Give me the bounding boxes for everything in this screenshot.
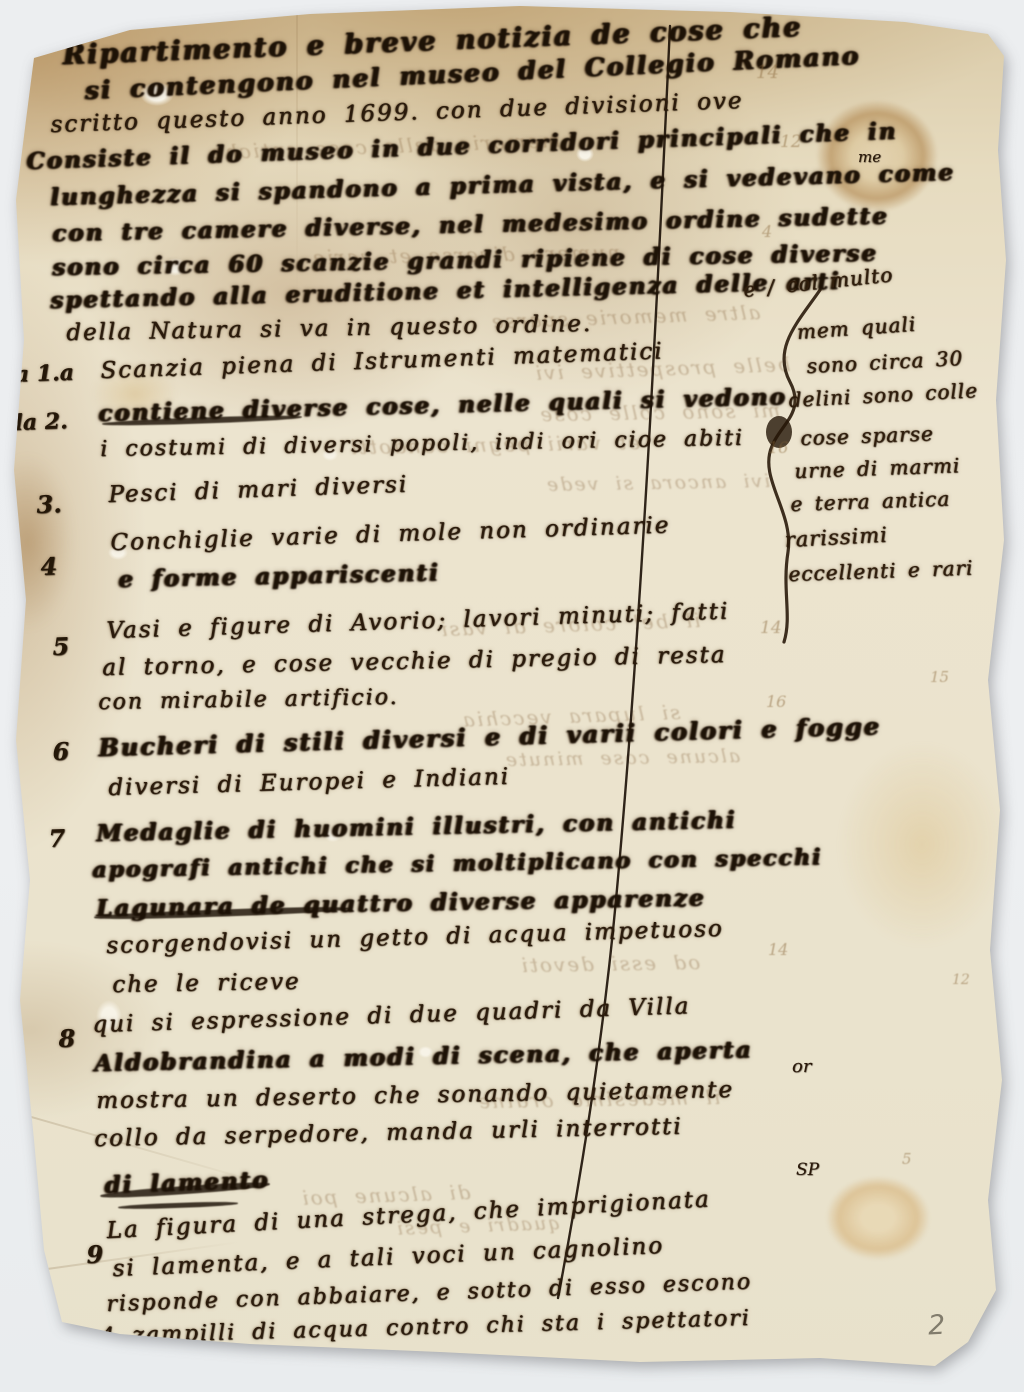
item-number: 5	[52, 631, 70, 661]
edge-mark: 14	[756, 62, 779, 83]
handwriting-line: Vasi e figure di Avorio; lavori minuti; …	[106, 598, 730, 644]
edge-mark: 16	[766, 692, 786, 711]
item-number: 9	[86, 1239, 104, 1269]
edge-mark: 14	[760, 618, 782, 638]
item-number: 7	[48, 823, 66, 853]
margin-note: e terra antica	[790, 486, 951, 516]
edge-mark: 15	[930, 668, 949, 686]
item-number: la 2.	[14, 408, 68, 436]
margin-note: sono circa 30	[806, 346, 964, 378]
handwriting-line: al torno, e cose vecchie di pregio di re…	[102, 642, 727, 681]
margin-note: cose sparse	[800, 421, 934, 450]
handwriting-line: Bucheri di stili diversi e di varii colo…	[98, 711, 881, 762]
edge-mark: 12	[780, 132, 802, 152]
handwriting-line: mostra un deserto che sonando quietament…	[96, 1077, 734, 1114]
handwriting-line: i costumi di diversi popoli, indi ori ci…	[100, 426, 744, 462]
handwriting-line: Conchiglie varie di mole non ordinarie	[110, 512, 671, 556]
handwriting-line: con mirabile artificio.	[98, 685, 399, 715]
margin-note: eccellenti e rari	[788, 556, 974, 586]
edge-mark: 14	[768, 940, 788, 959]
item-number: la 1.a	[6, 360, 74, 388]
item-number: 8	[58, 1023, 76, 1053]
scan-background: memoria delle cose antichenumero diverse…	[0, 0, 1024, 1392]
handwriting-line: collo da serpedore, manda urli interrott…	[94, 1114, 683, 1152]
item-number: 4	[40, 551, 58, 581]
page-number: 2	[927, 1310, 946, 1342]
margin-note: rarissimi	[784, 523, 888, 552]
edge-mark: SP	[796, 1160, 819, 1180]
margin-note: mem quali	[796, 312, 917, 344]
handwriting-line: apografi antichi che si moltiplicano con…	[92, 844, 823, 883]
item-number: 3.	[36, 489, 62, 519]
handwriting-line: Aldobrandina a modi di scena, che aperta	[94, 1036, 753, 1077]
item-number: 6	[52, 736, 70, 766]
handwriting-line: e forme appariscenti	[118, 559, 440, 593]
manuscript-page: memoria delle cose antichenumero diverse…	[0, 0, 1024, 1392]
strike-mark	[118, 1201, 238, 1210]
edge-mark: me	[858, 148, 881, 166]
margin-note: delini sono colle	[788, 378, 979, 412]
handwriting-line: Scanzia piena di Istrumenti matematici	[100, 338, 664, 384]
handwriting-line: che le riceve	[112, 969, 301, 998]
edge-mark: 16	[768, 438, 788, 457]
edge-mark: 4	[762, 222, 772, 241]
edge-mark: 12	[952, 972, 970, 988]
handwriting-line: scorgendovisi un getto di acqua impetuos…	[106, 916, 724, 959]
paper-shadow-wrap: memoria delle cose antichenumero diverse…	[0, 0, 1024, 1392]
edge-mark: or	[792, 1056, 811, 1077]
handwriting-line: Medaglie di huomini illustri, con antich…	[96, 807, 737, 847]
handwriting-layer: Ripartimento e breve notizia de cose che…	[0, 0, 1024, 1392]
handwriting-line: qui si espressione di due quadri da Vill…	[92, 993, 691, 1038]
handwriting-line: diversi di Europei e Indiani	[108, 764, 510, 801]
edge-mark: 5	[902, 1150, 912, 1168]
handwriting-line: della Natura si va in questo ordine.	[66, 311, 592, 346]
handwriting-line: Pesci di mari diversi	[108, 472, 409, 508]
margin-note: urne di marmi	[794, 453, 961, 483]
